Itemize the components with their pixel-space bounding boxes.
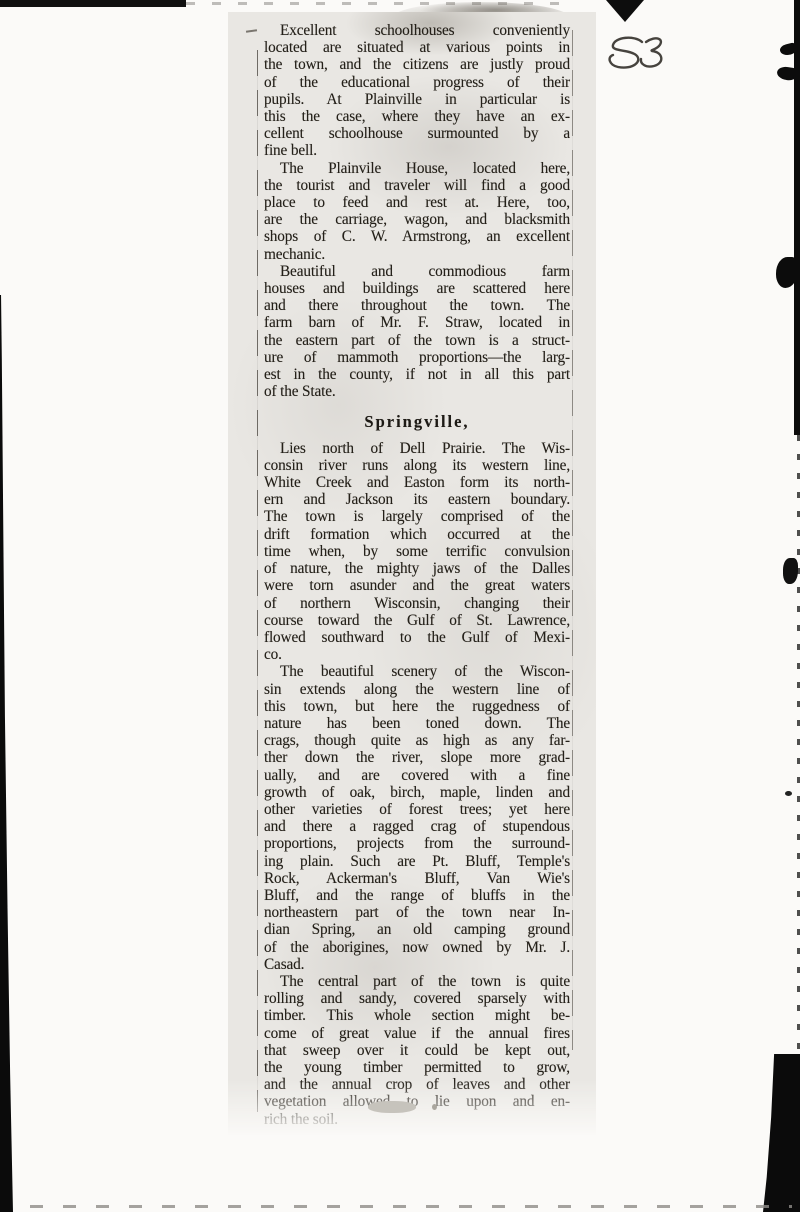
article-line: crags, though quite as high as any far-	[264, 732, 570, 749]
scan-artifact-left-edge	[0, 295, 13, 1212]
article-paragraph: Lies north of Dell Prairie. The Wis-cons…	[264, 440, 570, 664]
article-line: ern and Jackson its eastern boundary.	[264, 491, 570, 508]
article-line: of nature, the mighty jaws of the Dalles	[264, 560, 570, 577]
article-line: this the case, where they have an ex-	[264, 108, 570, 125]
article-line: Bluff, and the range of bluffs in the	[264, 887, 570, 904]
article-line: houses and buildings are scattered here	[264, 280, 570, 297]
article-line: proportions, projects from the surround-	[264, 835, 570, 852]
article-line: White Creek and Easton form its north-	[264, 474, 570, 491]
article-line: Excellent schoolhouses conveniently	[264, 22, 570, 39]
article-line: course toward the Gulf of St. Lawrence,	[264, 612, 570, 629]
article-line: the town, and the citizens are justly pr…	[264, 56, 570, 73]
article-line: were torn asunder and the great waters	[264, 577, 570, 594]
article-paragraph: The Plainvile House, located here,the to…	[264, 160, 570, 263]
handwritten-page-number: 53	[604, 30, 674, 82]
article-body: Excellent schoolhouses convenientlylocat…	[264, 22, 570, 1128]
section-heading: Springville,	[264, 413, 570, 430]
article-line: are the carriage, wagon, and blacksmith	[264, 211, 570, 228]
scan-artifact-text-smudge	[432, 1104, 437, 1110]
article-line: drift formation which occurred at the	[264, 526, 570, 543]
article-line: dian Spring, an old camping ground	[264, 921, 570, 938]
scan-artifact-bottom-edge	[30, 1205, 792, 1208]
article-line: time when, by some terrific convulsion	[264, 543, 570, 560]
article-line: mechanic.	[264, 246, 570, 263]
article-line: growth of oak, birch, maple, linden and	[264, 784, 570, 801]
article-line: this town, but here the ruggedness of	[264, 698, 570, 715]
article-line: pupils. At Plainville in particular is	[264, 91, 570, 108]
article-line: ually, and are covered with a fine	[264, 767, 570, 784]
article-line: northeastern part of the town near In-	[264, 904, 570, 921]
article-line: Casad.	[264, 956, 570, 973]
article-line: of the educational progress of their	[264, 74, 570, 91]
article-line: The town is largely comprised of the	[264, 508, 570, 525]
article-line: place to feed and rest at. Here, too,	[264, 194, 570, 211]
article-line: that sweep over it could be kept out,	[264, 1042, 570, 1059]
article-line: rolling and sandy, covered sparsely with	[264, 990, 570, 1007]
article-line: farm barn of Mr. F. Straw, located in	[264, 314, 570, 331]
article-line: of the State.	[264, 383, 570, 400]
article-line: ing plain. Such are Pt. Bluff, Temple's	[264, 853, 570, 870]
newspaper-clipping: Excellent schoolhouses convenientlylocat…	[228, 12, 596, 1136]
article-line: timber. This whole section might be-	[264, 1007, 570, 1024]
article-line: Lies north of Dell Prairie. The Wis-	[264, 440, 570, 457]
article-line: cellent schoolhouse surmounted by a	[264, 125, 570, 142]
article-line: come of great value if the annual fires	[264, 1025, 570, 1042]
article-line: Rock, Ackerman's Bluff, Van Wie's	[264, 870, 570, 887]
scan-artifact-corner-triangle	[606, 0, 644, 22]
scan-artifact-top-left-bar	[0, 0, 186, 7]
scan-artifact-right-blob	[783, 558, 798, 584]
scan-artifact-right-edge	[794, 0, 800, 435]
article-line: nature has been toned down. The	[264, 715, 570, 732]
article-line: of the aborigines, now owned by Mr. J.	[264, 939, 570, 956]
article-line: shops of C. W. Armstrong, an excellent	[264, 228, 570, 245]
article-line: flowed southward to the Gulf of Mexi-	[264, 629, 570, 646]
column-rule-right	[572, 30, 573, 1050]
article-line: fine bell.	[264, 142, 570, 159]
scan-artifact-text-smudge	[368, 1101, 416, 1113]
scan-artifact-bottom-right-blob	[763, 1054, 800, 1212]
article-paragraph: The central part of the town is quiterol…	[264, 973, 570, 1128]
article-paragraph: Excellent schoolhouses convenientlylocat…	[264, 22, 570, 160]
article-line: and there throughout the town. The	[264, 297, 570, 314]
article-line: other varieties of forest trees; yet her…	[264, 801, 570, 818]
article-line: The Plainvile House, located here,	[264, 160, 570, 177]
article-line: ther down the river, slope more grad-	[264, 749, 570, 766]
article-line: rich the soil.	[264, 1111, 570, 1128]
article-line: sin extends along the western line of	[264, 681, 570, 698]
article-line: ure of mammoth proportions—the larg-	[264, 349, 570, 366]
article-line: vegetation allowed to lie upon and en-	[264, 1093, 570, 1110]
article-line: co.	[264, 646, 570, 663]
article-line: of northern Wisconsin, changing their	[264, 595, 570, 612]
article-line: the eastern part of the town is a struct…	[264, 332, 570, 349]
article-line: the young timber permitted to grow,	[264, 1059, 570, 1076]
article-line: Beautiful and commodious farm	[264, 263, 570, 280]
article-line: and the annual crop of leaves and other	[264, 1076, 570, 1093]
article-line: and there a ragged crag of stupendous	[264, 818, 570, 835]
article-paragraph: The beautiful scenery of the Wiscon-sin …	[264, 663, 570, 973]
article-line: The central part of the town is quite	[264, 973, 570, 990]
column-rule-left	[257, 50, 258, 1112]
article-line: located are situated at various points i…	[264, 39, 570, 56]
article-paragraph: Beautiful and commodious farmhouses and …	[264, 263, 570, 401]
article-line: est in the county, if not in all this pa…	[264, 366, 570, 383]
article-line: consin river runs along its western line…	[264, 457, 570, 474]
article-line: the tourist and traveler will find a goo…	[264, 177, 570, 194]
scan-artifact-right-dot	[785, 791, 792, 796]
article-line: The beautiful scenery of the Wiscon-	[264, 663, 570, 680]
